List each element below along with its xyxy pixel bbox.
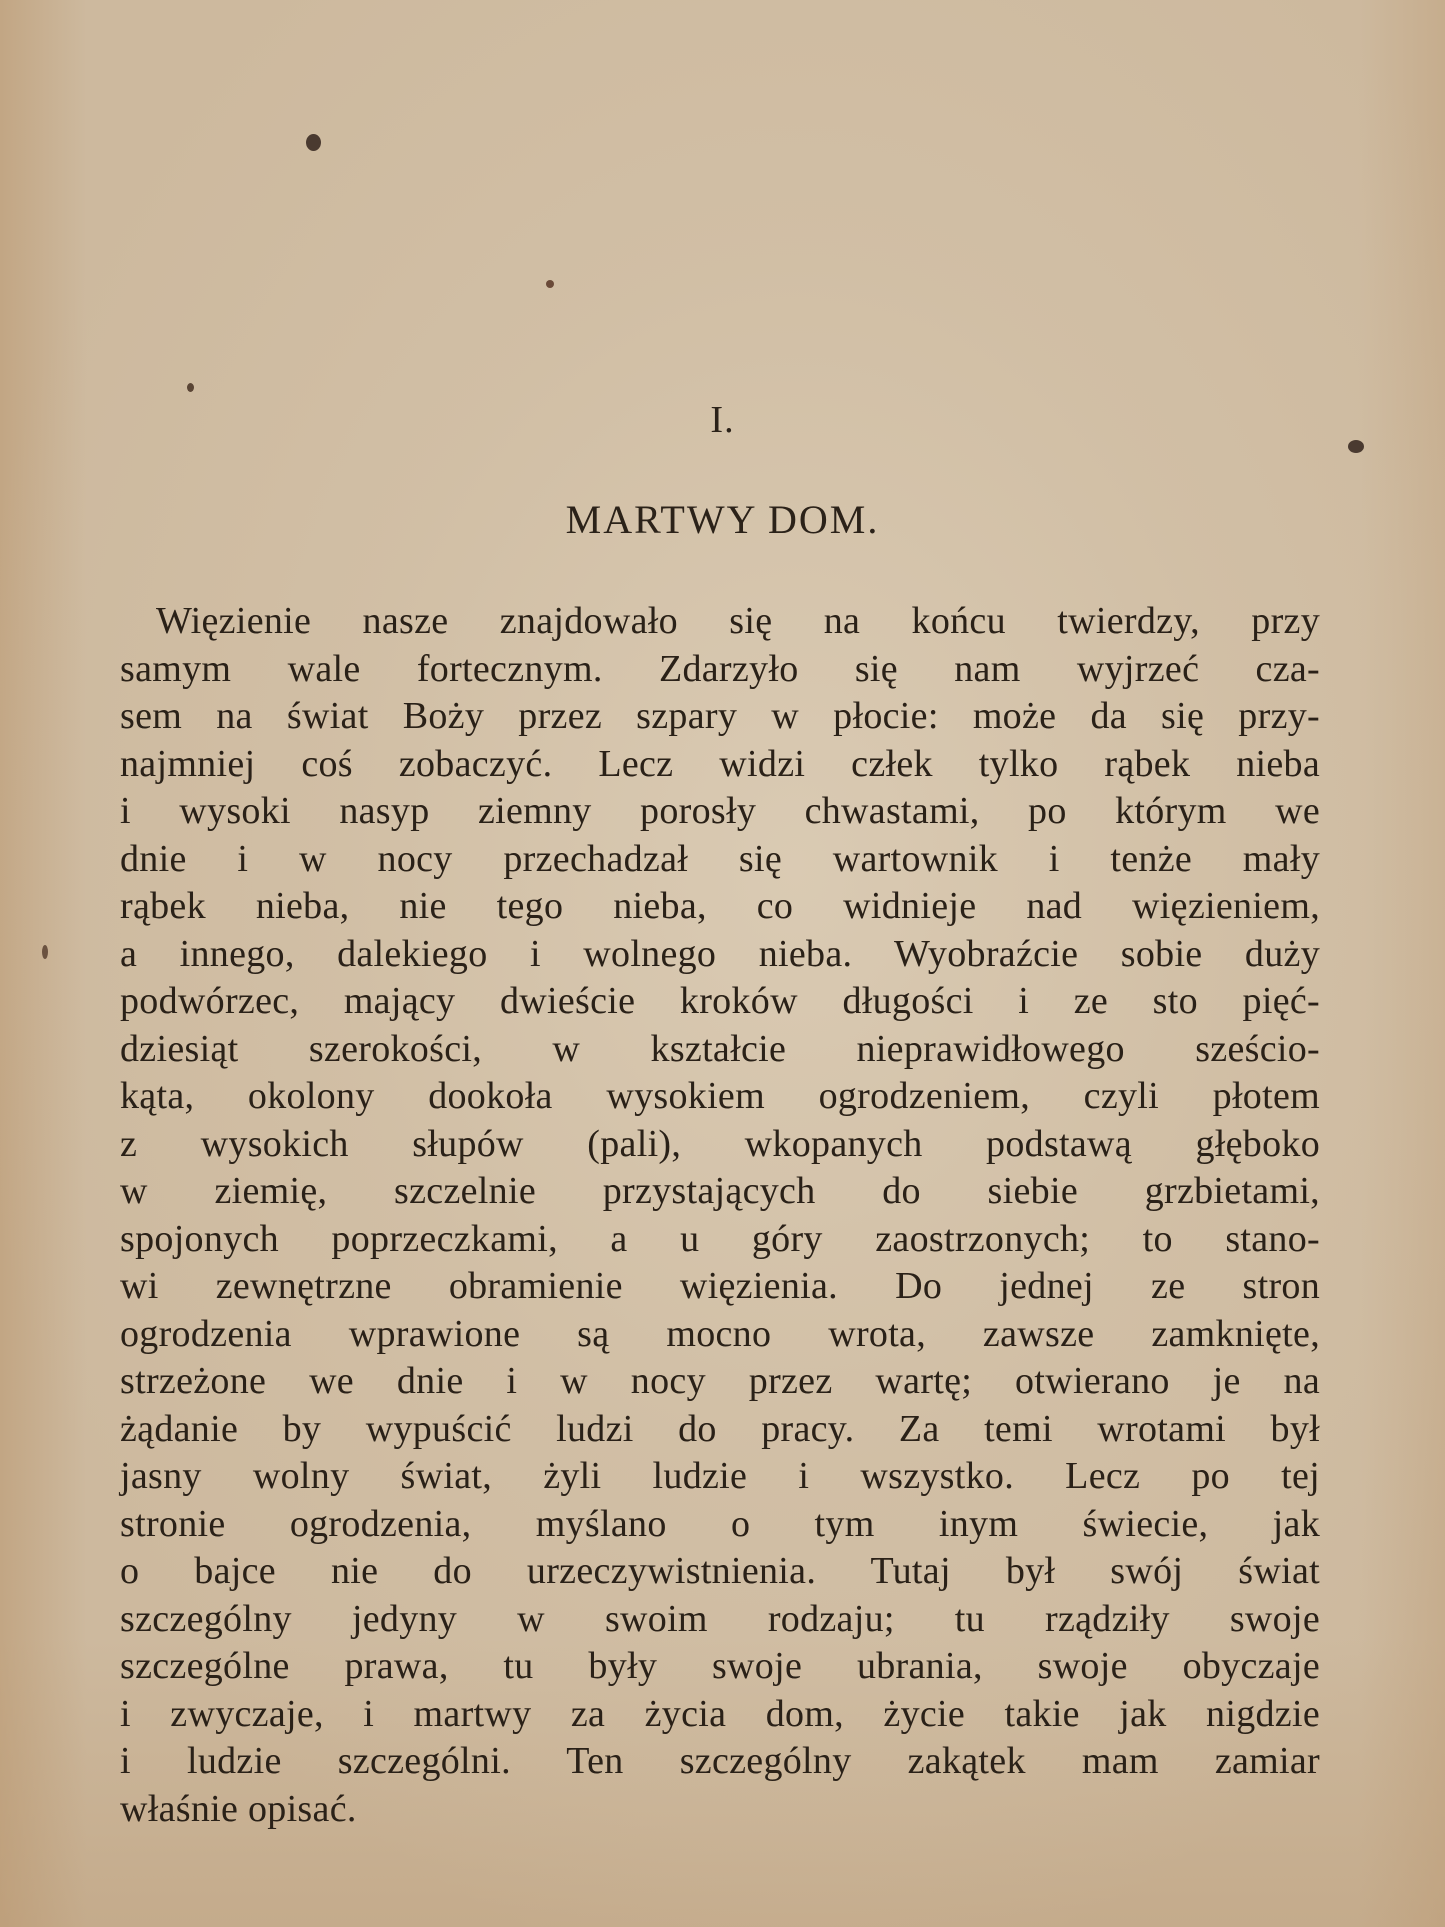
chapter-title: MARTWY DOM. <box>0 496 1445 543</box>
text-line: i ludzie szczególni. Ten szczególny zaką… <box>120 1738 1320 1786</box>
ink-spot <box>187 383 194 392</box>
text-line: z wysokich słupów (pali), wkopanych pods… <box>120 1121 1320 1169</box>
text-line: dnie i w nocy przechadzał się wartownik … <box>120 836 1320 884</box>
ink-spot <box>42 945 48 959</box>
text-line: kąta, okolony dookoła wysokiem ogrodzeni… <box>120 1073 1320 1121</box>
text-line: żądanie by wypuścić ludzi do pracy. Za t… <box>120 1406 1320 1454</box>
text-line: rąbek nieba, nie tego nieba, co widnieje… <box>120 883 1320 931</box>
text-line: szczególne prawa, tu były swoje ubrania,… <box>120 1643 1320 1691</box>
text-line: samym wale fortecznym. Zdarzyło się nam … <box>120 646 1320 694</box>
text-line: sem na świat Boży przez szpary w płocie:… <box>120 693 1320 741</box>
text-line: jasny wolny świat, żyli ludzie i wszystk… <box>120 1453 1320 1501</box>
text-line: a innego, dalekiego i wolnego nieba. Wyo… <box>120 931 1320 979</box>
text-line: Więzienie nasze znajdowało się na końcu … <box>120 598 1320 646</box>
text-line: najmniej coś zobaczyć. Lecz widzi człek … <box>120 741 1320 789</box>
text-line: właśnie opisać. <box>120 1786 1320 1834</box>
text-line: dziesiąt szerokości, w kształcie niepraw… <box>120 1026 1320 1074</box>
text-line: w ziemię, szczelnie przystających do sie… <box>120 1168 1320 1216</box>
ink-spot <box>306 134 321 151</box>
text-line: szczególny jedyny w swoim rodzaju; tu rz… <box>120 1596 1320 1644</box>
text-line: i wysoki nasyp ziemny porosły chwastami,… <box>120 788 1320 836</box>
text-line: strzeżone we dnie i w nocy przez wartę; … <box>120 1358 1320 1406</box>
text-line: i zwyczaje, i martwy za życia dom, życie… <box>120 1691 1320 1739</box>
body-paragraph: Więzienie nasze znajdowało się na końcu … <box>120 598 1320 1833</box>
text-line: wi zewnętrzne obramienie więzienia. Do j… <box>120 1263 1320 1311</box>
text-line: spojonych poprzeczkami, a u góry zaostrz… <box>120 1216 1320 1264</box>
book-page: I. MARTWY DOM. Więzienie nasze znajdował… <box>0 0 1445 1927</box>
ink-spot <box>546 280 554 288</box>
text-line: stronie ogrodzenia, myślano o tym inym ś… <box>120 1501 1320 1549</box>
text-line: ogrodzenia wprawione są mocno wrota, zaw… <box>120 1311 1320 1359</box>
text-line: o bajce nie do urzeczywistnienia. Tutaj … <box>120 1548 1320 1596</box>
chapter-number: I. <box>0 398 1445 442</box>
text-line: podwórzec, mający dwieście kroków długoś… <box>120 978 1320 1026</box>
